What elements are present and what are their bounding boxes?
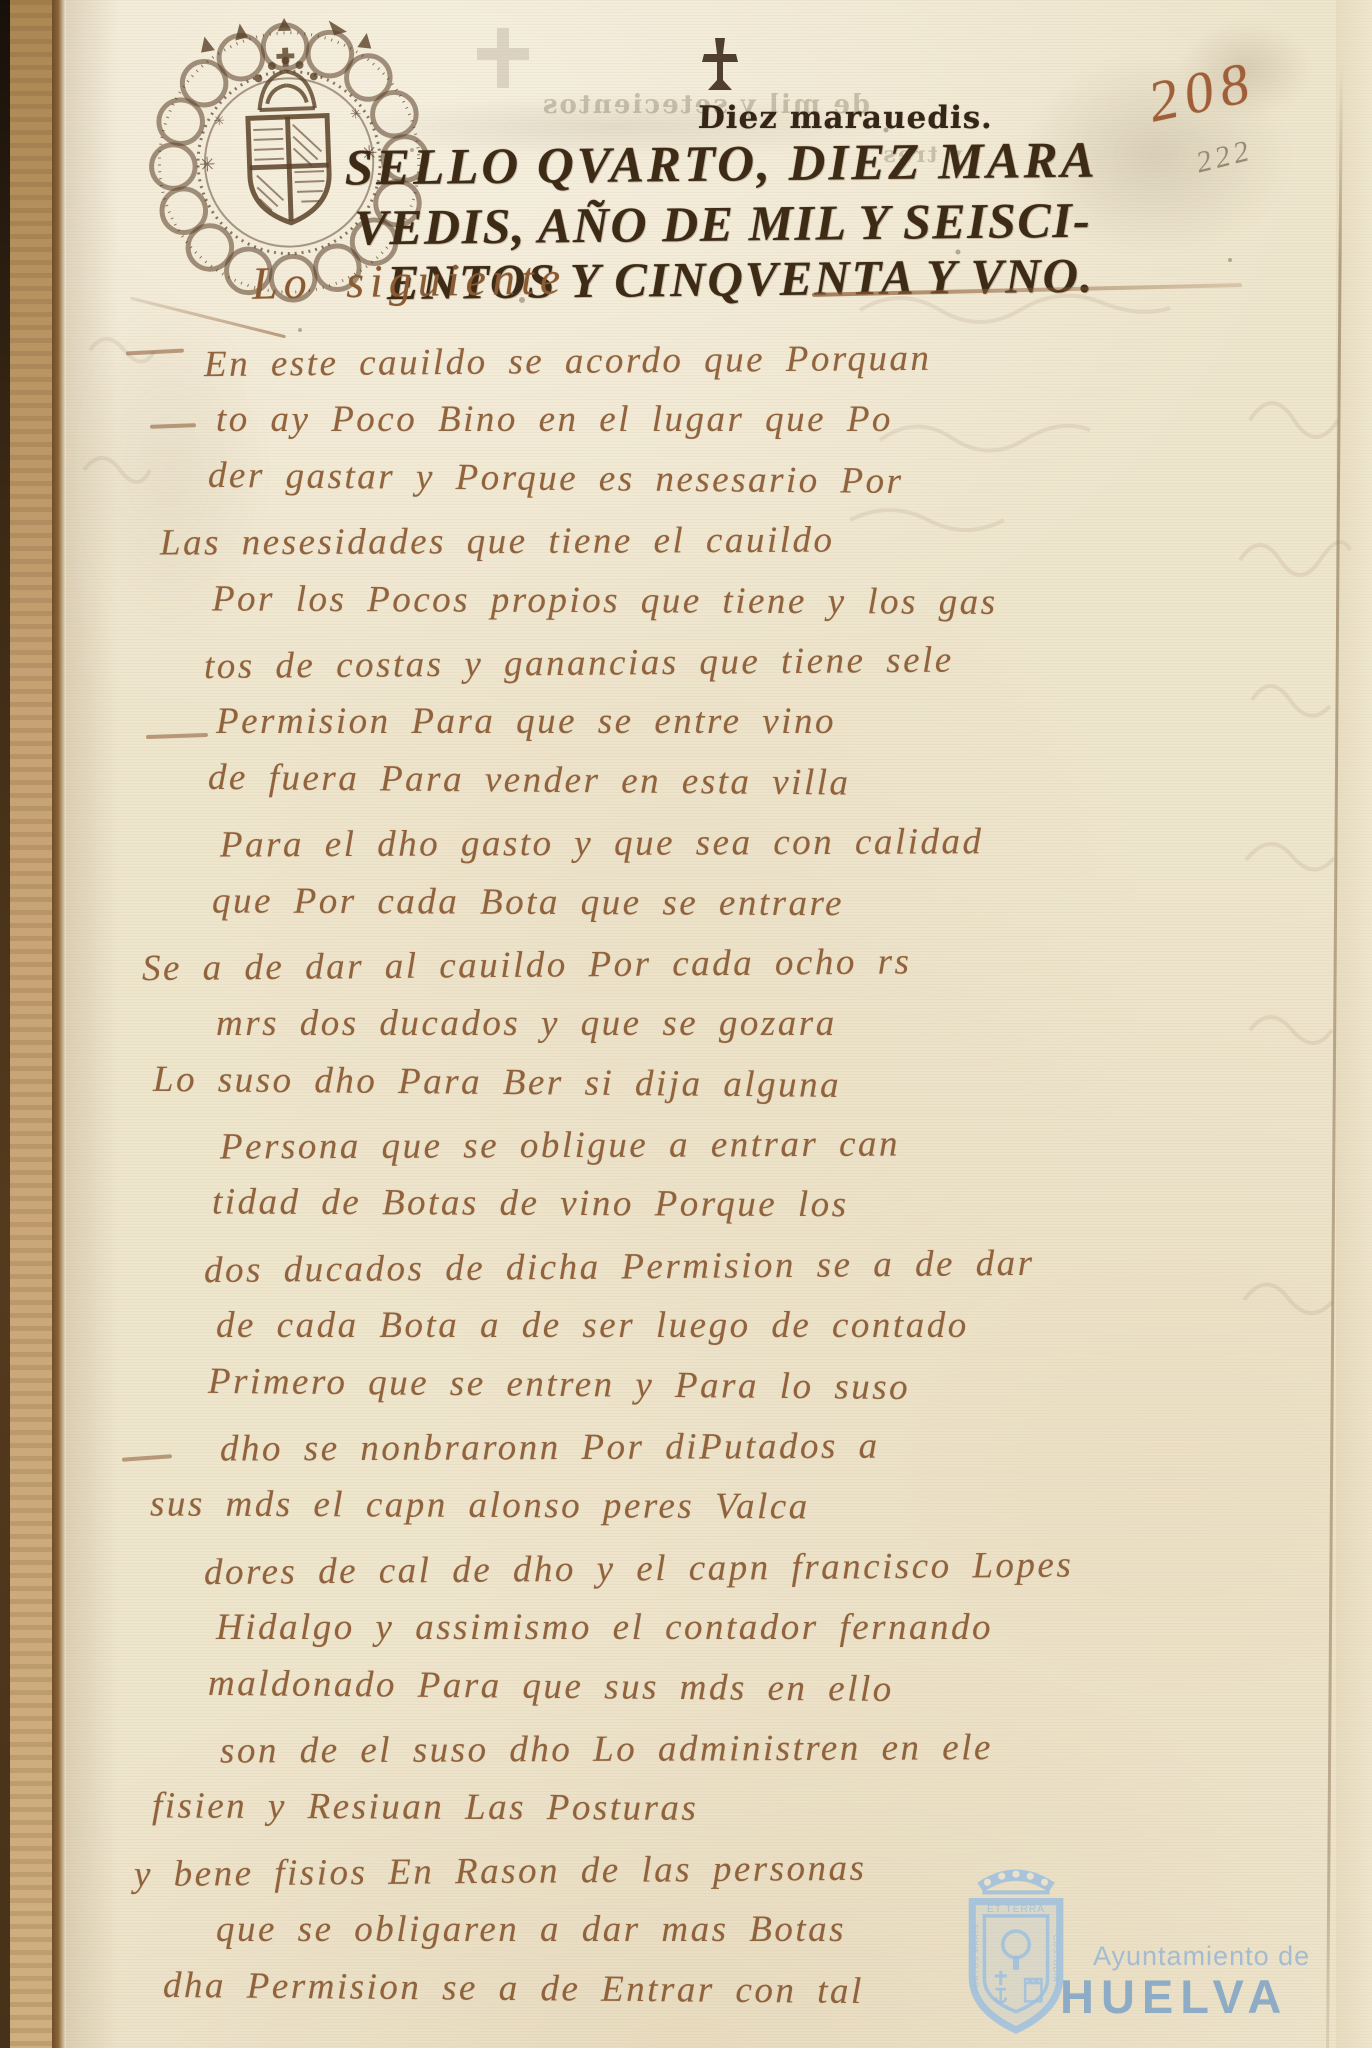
binding-edge-tan <box>10 0 52 2048</box>
manuscript-line: Por los Pocos propios que tiene y los ga… <box>212 569 1372 634</box>
heading-line-1: SELLO QVARTO, DIEZ MARA <box>344 132 1097 198</box>
manuscript-line: Se a de dar al cauildo Por cada ocho rs <box>142 929 1312 1000</box>
manuscript-line: Para el dho gasto y que sea con calidad <box>220 811 1372 876</box>
manuscript-line: que Por cada Bota que se entrare <box>212 871 1372 936</box>
manuscript-line: Las nesesidades que tiene el cauildo <box>160 509 1330 574</box>
manuscript-line: En este cauildo se acordo que Porquan <box>204 325 1372 396</box>
manuscript-line: Primero que se entren y Para lo suso <box>208 1352 1372 1423</box>
watermark-org-name: Ayuntamiento de <box>1093 1941 1310 1972</box>
manuscript-line: de fuera Para vender en esta villa <box>208 748 1372 819</box>
shield-motto-left: PORTUS MARIS <box>971 1924 980 1994</box>
manuscript-line: Lo suso dho Para Ber si dija alguna <box>153 1050 1323 1121</box>
manuscript-body: En este cauildo se acordo que Porquanto … <box>212 330 1372 2021</box>
manuscript-heading: Lo siguiente <box>252 251 567 309</box>
manuscript-line: tos de costas y ganancias que tiene sele <box>204 627 1372 698</box>
binding-shadow <box>66 0 118 2048</box>
heading-line-2: VEDIS, AÑO DE MIL Y SEISCI- <box>354 191 1092 257</box>
manuscript-line: maldonado Para que sus mds en ello <box>208 1653 1372 1724</box>
manuscript-line: to ay Poco Bino en el lugar que Po <box>216 390 1372 450</box>
manuscript-line: sus mds el capn alonso peres Valca <box>150 1475 1320 1540</box>
manuscript-line: Permision Para que se entre vino <box>216 692 1372 752</box>
huelva-watermark: ET TERRA PORTUS MARIS CUSTODIA Ayuntamie… <box>948 1853 1372 2048</box>
huelva-shield-icon: ET TERRA PORTUS MARIS CUSTODIA <box>960 1856 1072 2046</box>
binding-edge-inner <box>52 0 66 2048</box>
shield-motto-top: ET TERRA <box>987 1904 1045 1915</box>
manuscript-line: mrs dos ducados y que se gozara <box>216 994 1372 1054</box>
page-right-margin <box>1336 0 1372 2048</box>
manuscript-line: Persona que se obligue a entrar can <box>220 1113 1372 1178</box>
manuscript-line: fisien y Resiuan Las Posturas <box>152 1777 1322 1842</box>
manuscript-line: dho se nonbraronn Por diPutados a <box>220 1414 1372 1479</box>
document-scan: de mil y setecientos y tres <box>0 0 1372 2048</box>
manuscript-line: de cada Bota a de ser luego de contado <box>216 1296 1372 1356</box>
manuscript-line: der gastar y Porque es nesesario Por <box>208 446 1372 517</box>
watermark-city-name: HUELVA <box>1060 1969 1288 2024</box>
manuscript-line: Hidalgo y assimismo el contador fernando <box>216 1598 1372 1658</box>
binding-edge-dark <box>0 0 10 2048</box>
manuscript-line: dores de cal de dho y el capn francisco … <box>204 1533 1372 1604</box>
manuscript-line: dos ducados de dicha Permision se a de d… <box>204 1231 1372 1302</box>
manuscript-line: tidad de Botas de vino Porque los <box>212 1173 1372 1238</box>
tax-stamp-heading: SELLO QVARTO, DIEZ MARA VEDIS, AÑO DE MI… <box>0 0 1372 343</box>
manuscript-line: son de el suso dho Lo administren en ele <box>220 1716 1372 1781</box>
